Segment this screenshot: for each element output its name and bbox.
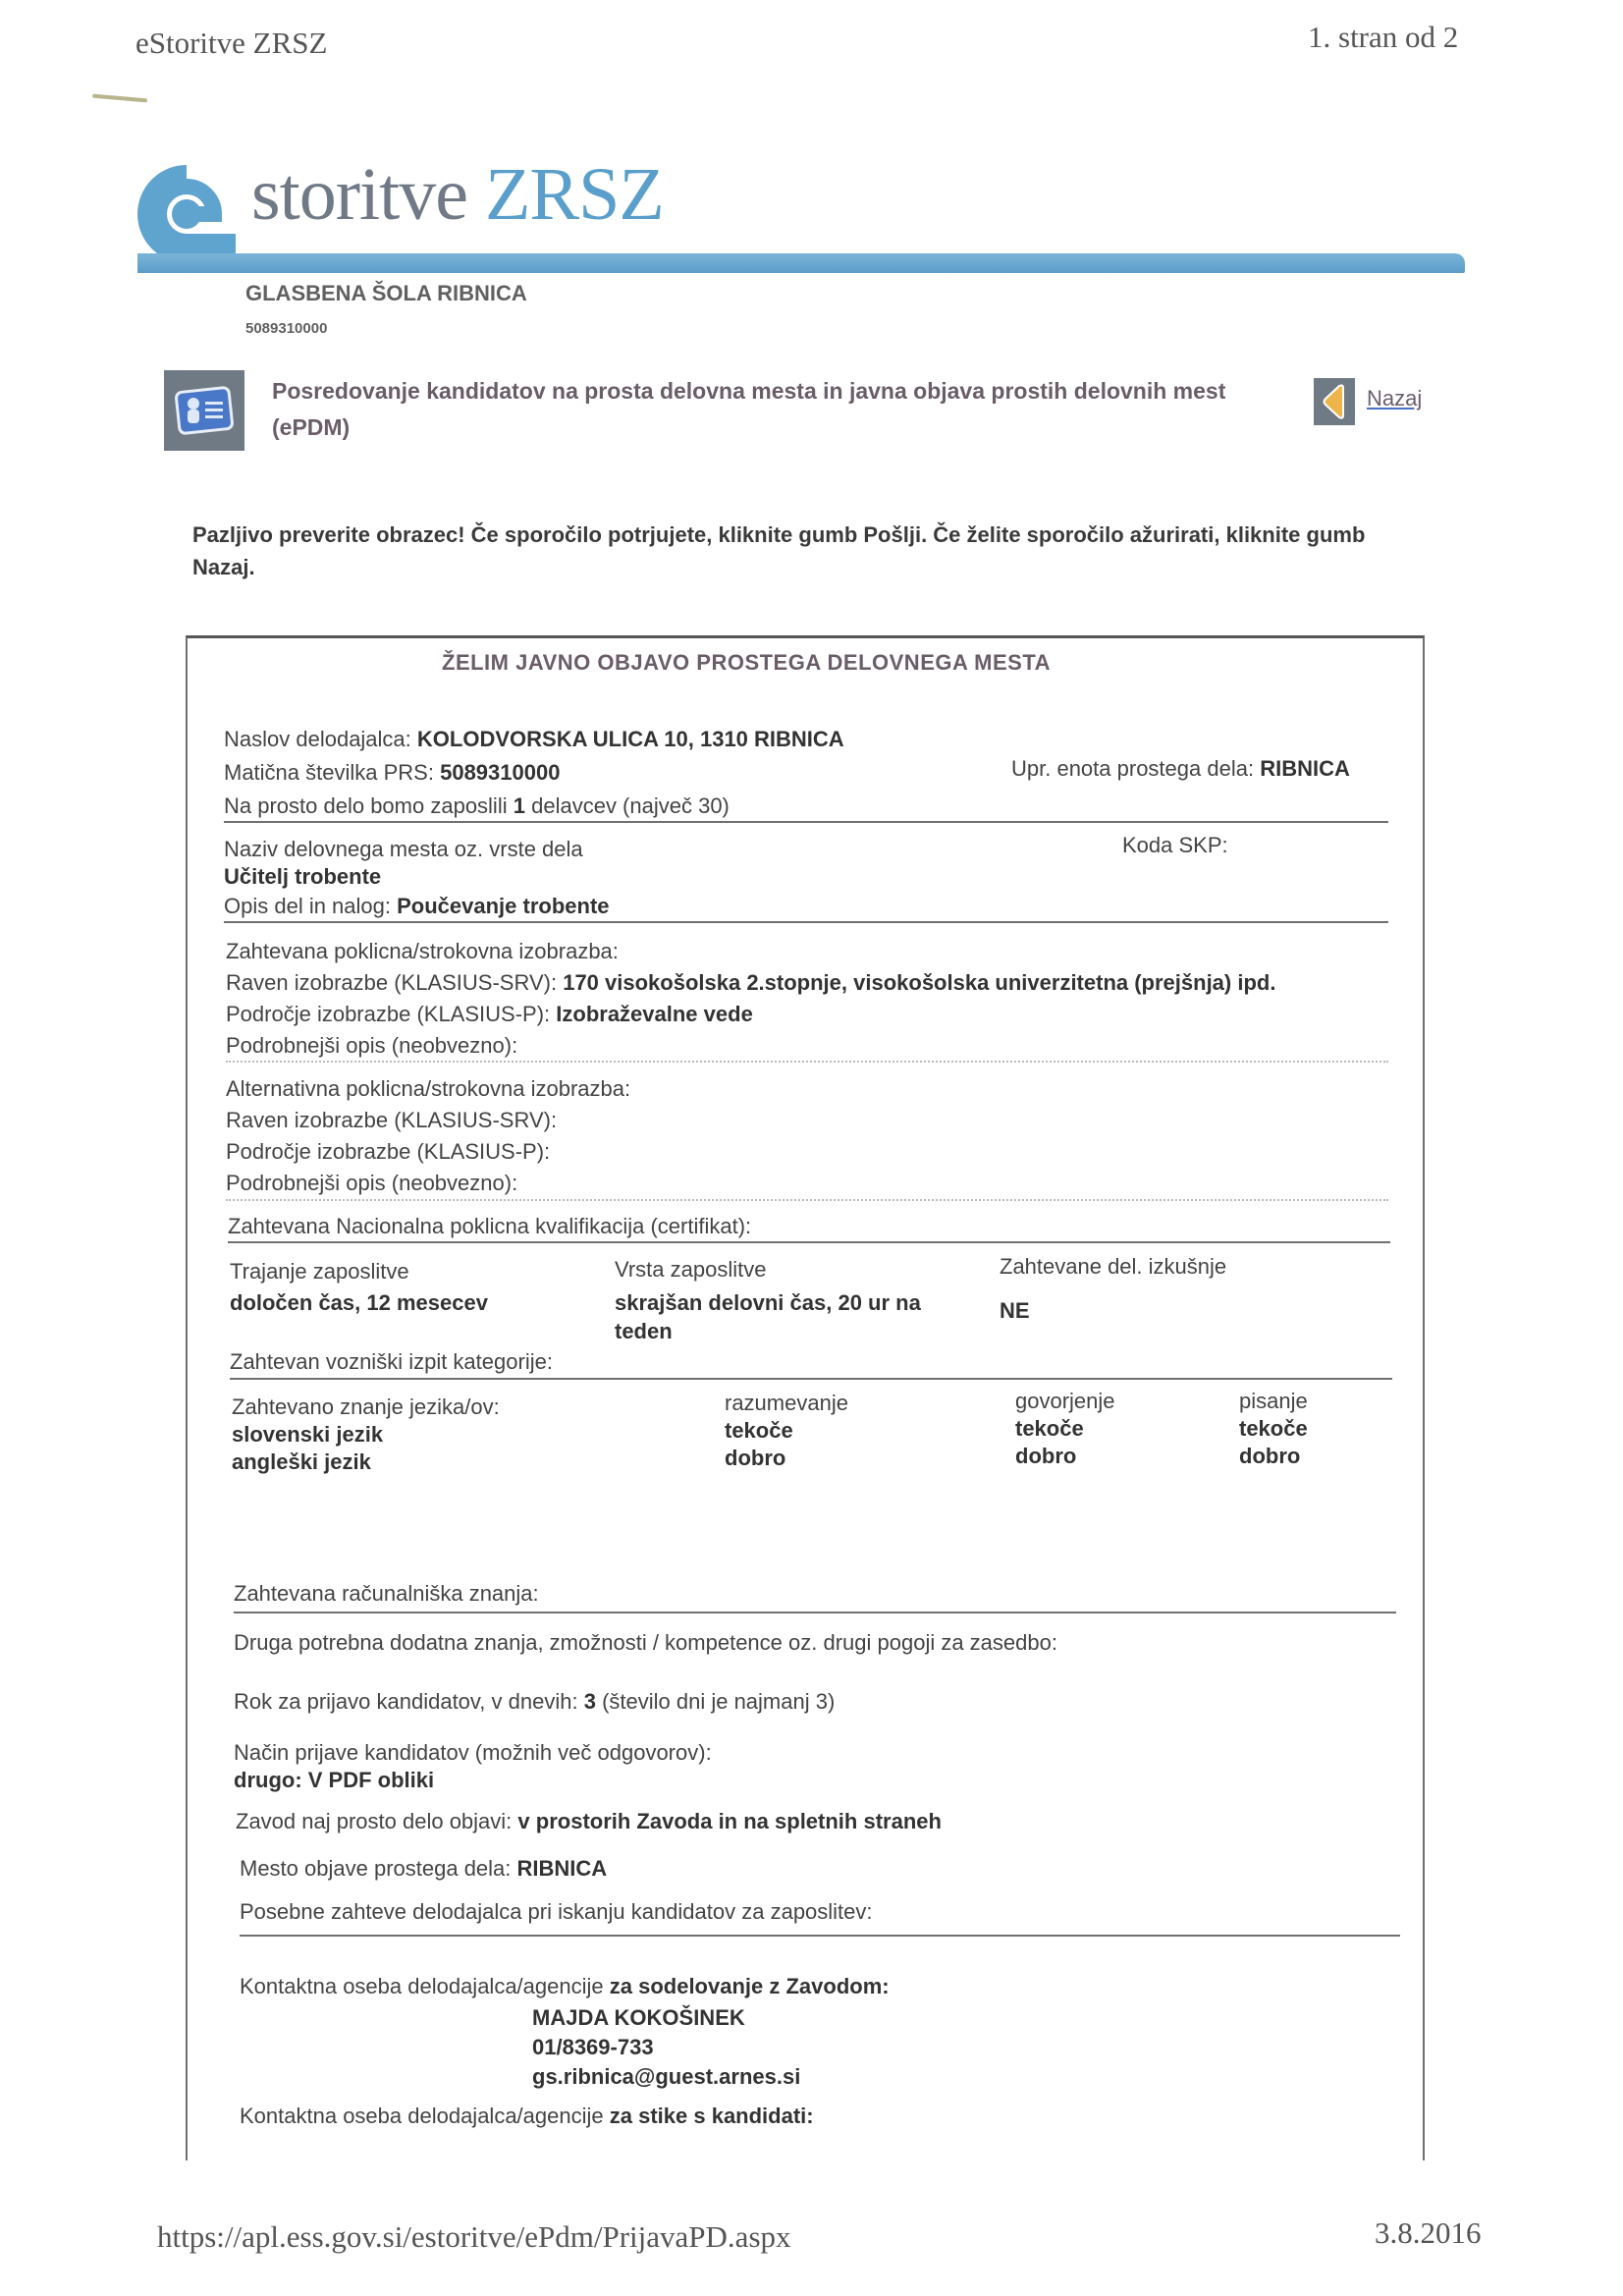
registration-number-row: Matična številka PRS: 5089310000 [224, 760, 560, 786]
language-row-writing: dobro [1239, 1444, 1300, 1469]
language-row-speaking: tekoče [1015, 1416, 1084, 1442]
required-education-level: Raven izobrazbe (KLASIUS-SRV): 170 visok… [226, 970, 1275, 996]
form-title: ŽELIM JAVNO OBJAVO PROSTEGA DELOVNEGA ME… [442, 650, 1051, 676]
qualification-label: Zahtevana Nacionalna poklicna kvalifikac… [228, 1214, 751, 1239]
contact-email[interactable]: gs.ribnica@guest.arnes.si [532, 2064, 800, 2090]
alternative-education-level: Raven izobrazbe (KLASIUS-SRV): [226, 1108, 557, 1133]
required-education-heading: Zahtevana poklicna/strokovna izobrazba: [226, 939, 619, 964]
id-card-icon [164, 370, 244, 451]
language-row-understanding: tekoče [725, 1418, 793, 1444]
language-column-writing: pisanje [1239, 1389, 1308, 1414]
service-title: Posredovanje kandidatov na prosta delovn… [272, 373, 1254, 446]
hires-row: Na prosto delo bomo zaposlili 1 delavcev… [224, 793, 730, 819]
dotted-divider [226, 1061, 1388, 1063]
back-link[interactable]: Nazaj [1367, 386, 1422, 411]
divider [234, 1612, 1396, 1613]
back-arrow-icon[interactable] [1314, 378, 1355, 425]
driving-license-label: Zahtevan vozniški izpit kategorije: [230, 1349, 553, 1375]
divider [224, 821, 1388, 823]
contact-name: MAJDA KOKOŠINEK [532, 2005, 745, 2031]
application-method-value: drugo: V PDF obliki [234, 1768, 434, 1793]
application-method-label: Način prijave kandidatov (možnih več odg… [234, 1740, 712, 1766]
employment-type-label: Vrsta zaposlitve [615, 1257, 766, 1283]
language-column-speaking: govorjenje [1015, 1389, 1115, 1414]
special-requirements-label: Posebne zahteve delodajalca pri iskanju … [240, 1899, 873, 1925]
alternative-education-field: Področje izobrazbe (KLASIUS-P): [226, 1139, 550, 1165]
divider [224, 921, 1388, 923]
experience-value: NE [1000, 1298, 1030, 1324]
publish-place-row: Mesto objave prostega dela: RIBNICA [240, 1856, 607, 1882]
contact-office-label: Kontaktna oseba delodajalca/agencije za … [240, 1974, 890, 1999]
print-header-title: eStoritve ZRSZ [135, 26, 327, 61]
divider [230, 1378, 1392, 1380]
language-row-writing: tekoče [1239, 1416, 1308, 1442]
logo-underline-bar [137, 253, 1465, 273]
employment-type-value: skrajšan delovni čas, 20 ur na teden [615, 1288, 968, 1345]
e-logo-icon [137, 165, 236, 263]
organization-id: 5089310000 [245, 320, 327, 337]
experience-label: Zahtevane del. izkušnje [1000, 1254, 1226, 1280]
organization-name: GLASBENA ŠOLA RIBNICA [245, 281, 527, 306]
dotted-divider [226, 1199, 1388, 1201]
required-education-field: Področje izobrazbe (KLASIUS-P): Izobraže… [226, 1002, 753, 1027]
language-row-name: slovenski jezik [232, 1422, 383, 1448]
language-row-speaking: dobro [1015, 1444, 1076, 1469]
print-footer-url: https://apl.ess.gov.si/estoritve/ePdm/Pr… [157, 2219, 791, 2255]
language-column-understanding: razumevanje [725, 1391, 848, 1416]
position-label: Naziv delovnega mesta oz. vrste dela [224, 837, 583, 862]
publish-row: Zavod naj prosto delo objavi: v prostori… [236, 1809, 942, 1834]
print-footer-date: 3.8.2016 [1375, 2215, 1482, 2251]
position-value: Učitelj trobente [224, 864, 381, 890]
languages-label: Zahtevano znanje jezika/ov: [232, 1394, 500, 1420]
other-skills-label: Druga potrebna dodatna znanja, zmožnosti… [234, 1630, 1057, 1656]
duration-label: Trajanje zaposlitve [230, 1259, 409, 1285]
skp-code-label: Koda SKP: [1122, 833, 1228, 858]
print-page-number: 1. stran od 2 [1308, 20, 1458, 55]
unit-row: Upr. enota prostega dela: RIBNICA [1011, 756, 1350, 782]
deadline-row: Rok za prijavo kandidatov, v dnevih: 3 (… [234, 1689, 835, 1715]
alternative-education-heading: Alternativna poklicna/strokovna izobrazb… [226, 1076, 630, 1102]
language-row-understanding: dobro [725, 1446, 785, 1471]
alternative-education-details: Podrobnejši opis (neobvezno): [226, 1171, 517, 1196]
duration-value: določen čas, 12 mesecev [230, 1290, 488, 1316]
divider [240, 1935, 1400, 1937]
required-education-details: Podrobnejši opis (neobvezno): [226, 1033, 517, 1059]
contact-candidates-label: Kontaktna oseba delodajalca/agencije za … [240, 2104, 814, 2129]
verification-notice: Pazljivo preverite obrazec! Če sporočilo… [192, 519, 1430, 583]
duties-row: Opis del in nalog: Poučevanje trobente [224, 894, 610, 919]
divider [228, 1241, 1390, 1243]
contact-phone: 01/8369-733 [532, 2035, 654, 2060]
language-row-name: angleški jezik [232, 1449, 371, 1475]
scan-artifact [92, 94, 147, 103]
employer-address-row: Naslov delodajalca: KOLODVORSKA ULICA 10… [224, 727, 844, 752]
logo-text: storitve ZRSZ [251, 157, 664, 232]
computer-skills-label: Zahtevana računalniška znanja: [234, 1581, 539, 1607]
